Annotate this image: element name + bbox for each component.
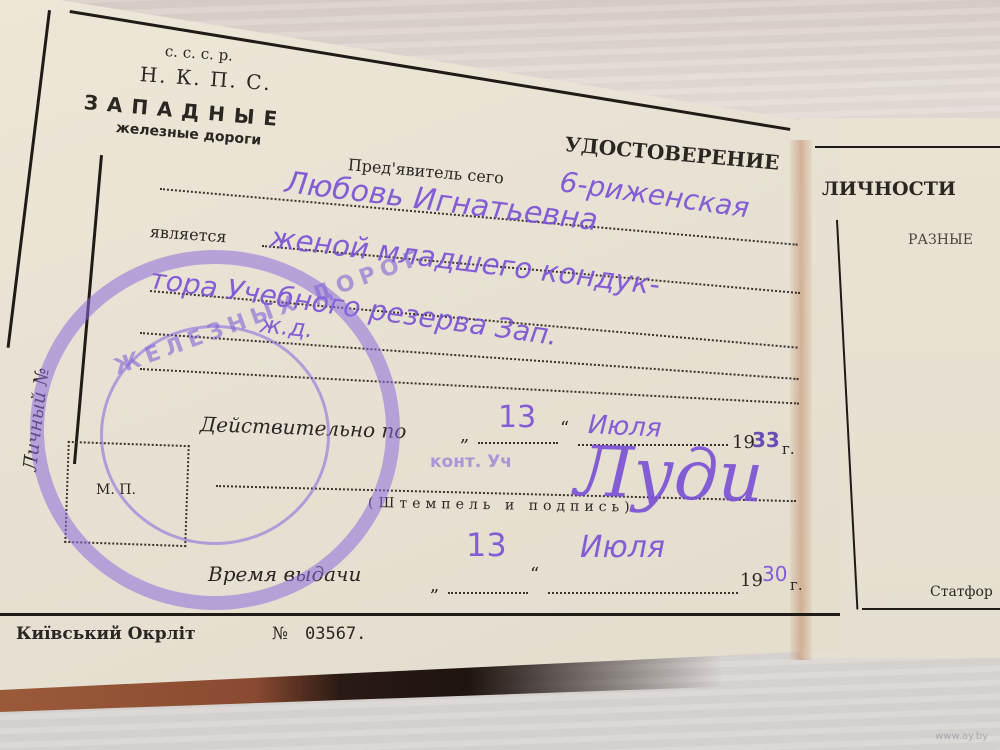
right-page-top-border [815, 146, 1000, 148]
issue-day-line [448, 592, 528, 594]
issue-year-suffix: 30 [762, 562, 787, 586]
bottom-border [0, 613, 840, 616]
valid-close-quote: “ [560, 418, 569, 439]
issue-year-prefix: 19 [740, 570, 763, 591]
document-title-continued: ЛИЧНОСТИ [822, 178, 956, 200]
issue-close-quote: “ [530, 564, 539, 585]
issue-day: 13 [466, 526, 507, 564]
valid-year-g: г. [782, 440, 795, 458]
valid-until-day: 13 [498, 400, 536, 435]
valid-day-line [478, 442, 558, 444]
stamp-center-text: конт. Уч [430, 452, 512, 472]
watermark: www.ay.by [935, 731, 988, 742]
right-page-subtitle: РАЗНЫЕ [908, 232, 973, 248]
signature: Луди [574, 430, 765, 519]
valid-open-quote: „ [460, 425, 469, 446]
issue-month: Июля [580, 530, 665, 565]
printer-name: Київський Окрліт [16, 624, 196, 644]
issue-month-line [548, 592, 738, 594]
issue-open-quote: „ [430, 575, 439, 596]
number-sign: № [272, 624, 288, 644]
form-number: 03567. [305, 624, 366, 644]
right-page-footer: Статфор [930, 584, 993, 600]
right-page-bottom-border [862, 608, 1000, 610]
issue-year-g: г. [790, 576, 803, 594]
